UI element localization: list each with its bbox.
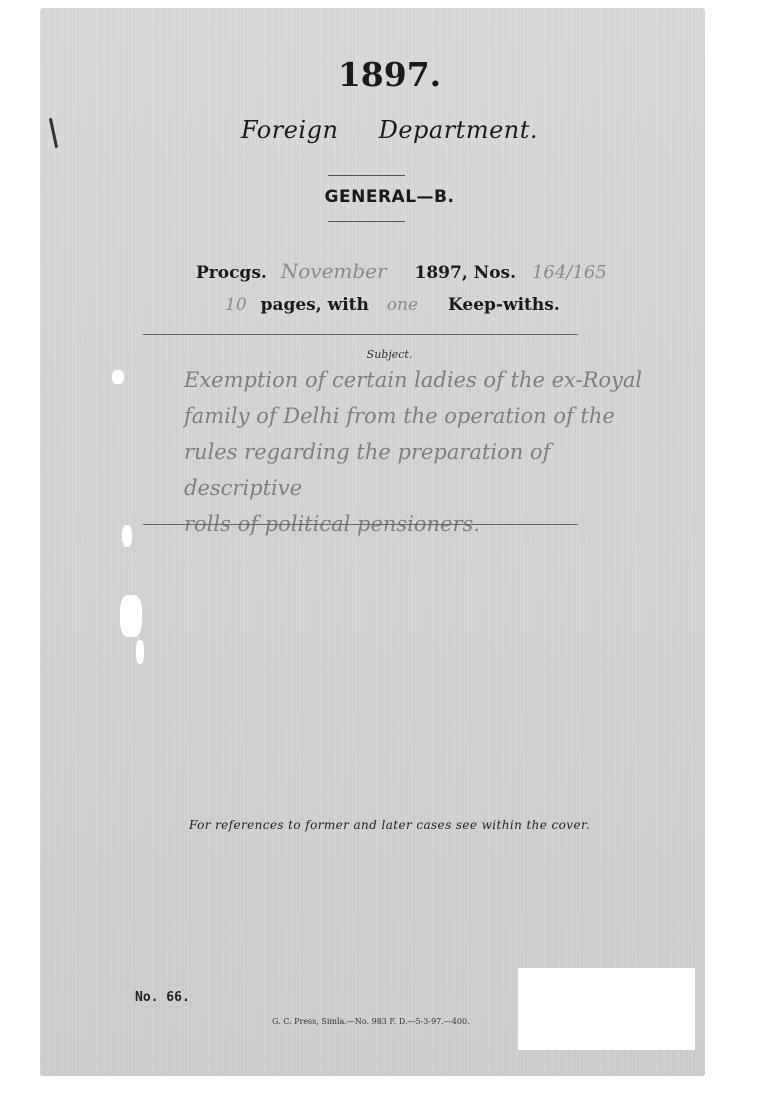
- paper-tear: [120, 595, 142, 637]
- subject-top-rule: [143, 334, 578, 335]
- department-title: Foreign Department.: [0, 116, 779, 144]
- procgs-label: Procgs.: [196, 263, 267, 283]
- press-imprint: G. C. Press, Simla.—No. 983 F. D.—5-3-97…: [272, 1017, 470, 1026]
- references-note: For references to former and later cases…: [0, 818, 779, 832]
- department-word-department: Department.: [379, 116, 538, 144]
- keepwith-count: one: [387, 295, 418, 315]
- procgs-year-label: 1897, Nos.: [415, 263, 517, 283]
- proceedings-line: Procgs. November 1897, Nos. 164/165: [196, 259, 607, 283]
- document-year: 1897.: [0, 55, 779, 94]
- subject-line: rules regarding the preparation of descr…: [184, 434, 674, 506]
- pages-line: 10 pages, with one Keep-withs.: [225, 295, 560, 315]
- subject-handwritten-text: Exemption of certain ladies of the ex-Ro…: [184, 362, 674, 542]
- pages-label: pages, with: [261, 295, 369, 315]
- procgs-numbers: 164/165: [532, 262, 607, 283]
- keepwith-label: Keep-withs.: [448, 295, 560, 315]
- paper-tear: [112, 370, 124, 384]
- divider: [328, 221, 405, 222]
- document-cover-page: [40, 8, 705, 1076]
- subject-line: Exemption of certain ladies of the ex-Ro…: [184, 362, 674, 398]
- paper-tear: [136, 640, 144, 664]
- file-number: No. 66.: [135, 990, 190, 1005]
- pages-count: 10: [225, 295, 247, 315]
- subject-bottom-rule: [143, 524, 578, 525]
- subject-line: family of Delhi from the operation of th…: [184, 398, 674, 434]
- divider: [328, 175, 405, 176]
- department-word-foreign: Foreign: [241, 116, 338, 144]
- blank-patch: [518, 968, 695, 1050]
- category-heading: GENERAL—B.: [0, 187, 779, 207]
- paper-tear: [122, 525, 132, 547]
- procgs-month: November: [281, 259, 387, 283]
- subject-label: Subject.: [0, 348, 779, 361]
